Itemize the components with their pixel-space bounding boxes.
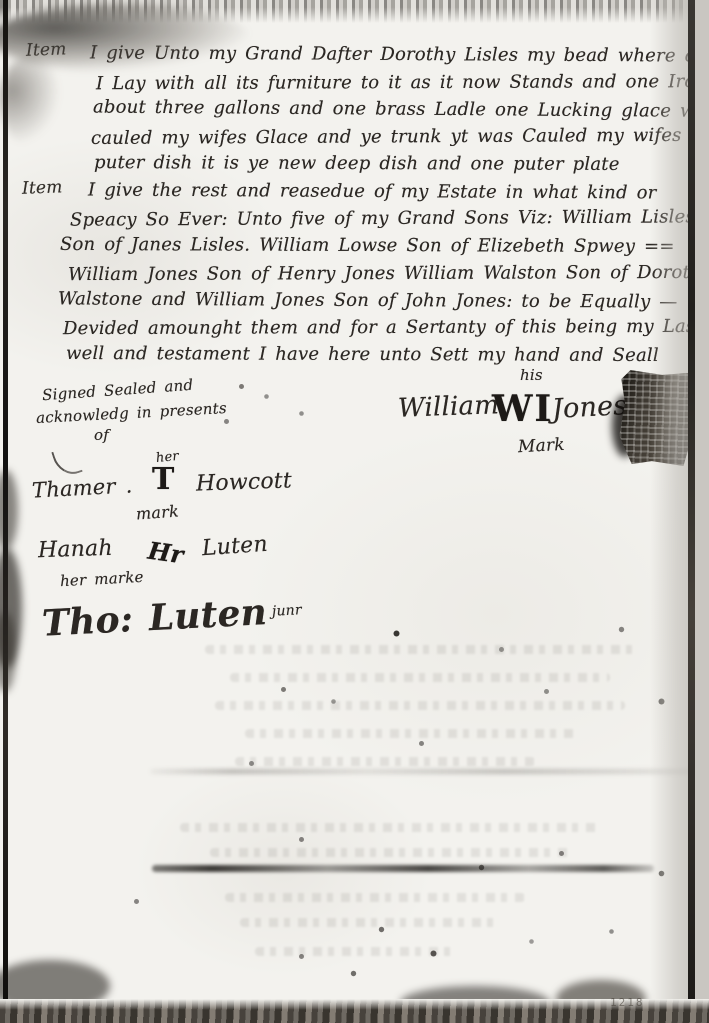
scan-edge-left-line (3, 0, 8, 1023)
testator-mark-label: Mark (518, 435, 566, 457)
witness-thomas-suffix: junr (272, 602, 303, 620)
item-marker: Item (22, 177, 63, 198)
scan-edge-bottom (0, 999, 709, 1023)
will-text-line: I give the rest and reasedue of my Estat… (88, 180, 657, 204)
testator-forename: William (398, 390, 500, 424)
will-text-line: Walstone and William Jones Son of John J… (58, 288, 678, 312)
witness-hanah-mark: Hr (146, 536, 185, 570)
bleedthrough-line (210, 848, 570, 857)
scan-edge-right-outer (695, 0, 709, 1023)
bleedthrough-line (235, 757, 535, 766)
manuscript-page: Item I give Unto my Grand Dafter Dorothy… (0, 0, 709, 1023)
bleedthrough-line (255, 947, 455, 956)
witness-thamer-forename: Thamer . (31, 473, 133, 502)
will-text-line: Devided amounght them and for a Sertanty… (63, 316, 703, 339)
witness-thamer-surname: Howcott (196, 468, 293, 496)
bleedthrough-line (215, 701, 625, 710)
testator-his-label: his (520, 366, 543, 384)
bleedthrough-line (180, 823, 600, 832)
scan-stain-topleft-lower (0, 55, 60, 145)
will-text-line: about three gallons and one brass Ladle … (93, 97, 709, 123)
page-number: 1218 (610, 996, 645, 1009)
ink-smudge-dark (152, 865, 654, 872)
will-text-line: I Lay with all its furniture to it as it… (96, 71, 709, 94)
testator-mark: WI (492, 388, 553, 430)
bleedthrough-line (245, 729, 575, 738)
pen-flourish (51, 445, 82, 479)
ink-smudge-faint (150, 769, 695, 774)
witness-thomas-name: Tho: Luten (41, 591, 268, 645)
attestation-line: acknowledg in presents (36, 399, 228, 427)
witness-thamer-mark: T (152, 462, 174, 497)
will-text-line: puter dish it is ye new deep dish and on… (94, 152, 620, 175)
bleedthrough-line (230, 673, 610, 682)
scan-edge-right-line (688, 0, 695, 1023)
witness-thamer-mark-label: mark (135, 502, 179, 524)
will-text-line: Son of Janes Lisles. William Lowse Son o… (60, 234, 675, 257)
attestation-line: Signed Sealed and (42, 376, 194, 405)
witness-thomas-signature: Tho: Luten junr (41, 589, 303, 645)
bleedthrough-line (205, 645, 635, 654)
witness-hanah-forename: Hanah (38, 536, 114, 564)
will-text-line: well and testament I have here unto Sett… (66, 343, 659, 366)
bleedthrough-line (240, 918, 500, 927)
witness-hanah-mark-label: her marke (60, 568, 144, 590)
will-text-line: Speacy So Ever: Unto five of my Grand So… (70, 206, 695, 230)
will-text-line: William Jones Son of Henry Jones William… (68, 262, 709, 285)
witness-hanah-surname: Luten (201, 532, 268, 562)
bleedthrough-line (225, 893, 525, 902)
attestation-line: of (94, 426, 109, 444)
will-text-line: cauled my wifes Glace and ye trunk yt wa… (91, 124, 709, 149)
